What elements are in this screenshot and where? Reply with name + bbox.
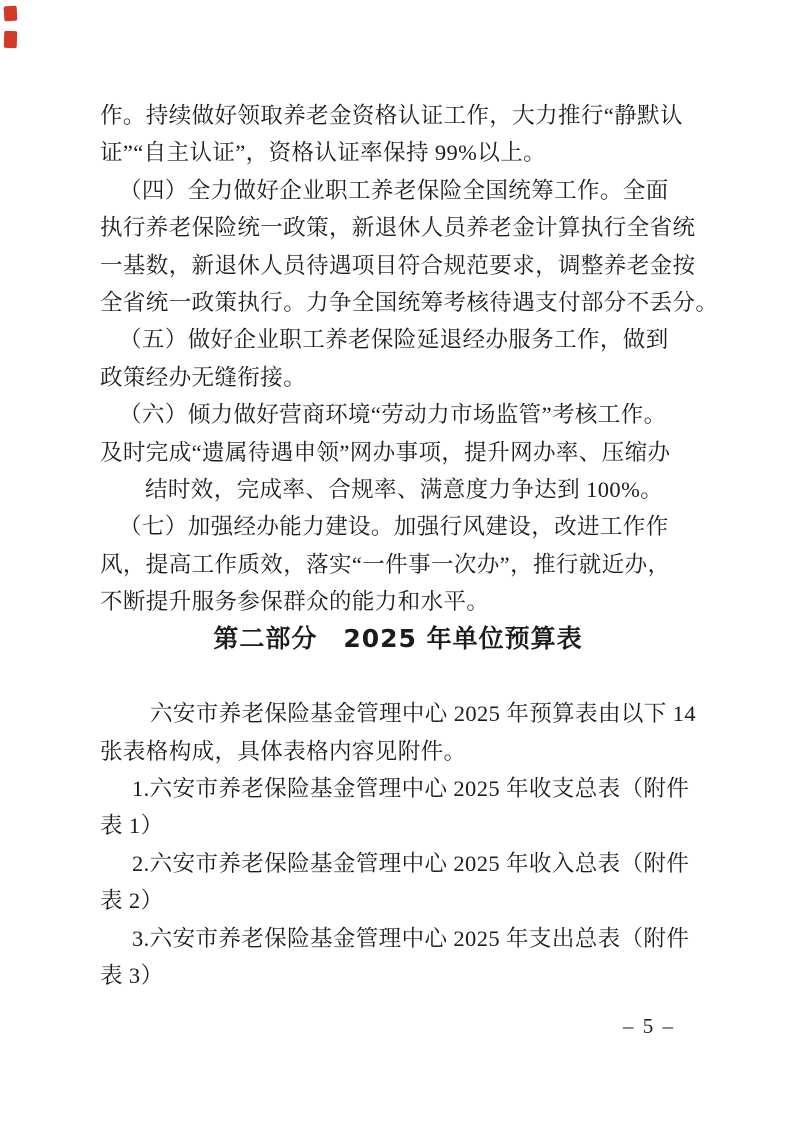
text-line: （六）倾力做好营商环境“劳动力市场监管”考核工作。 [100,396,696,433]
document-page: 作。持续做好领取养老金资格认证工作，大力推行“静默认证”“自主认证”，资格认证率… [0,0,793,1122]
text-line [100,658,696,695]
text-line: （四）全力做好企业职工养老保险全国统筹工作。全面 [100,172,696,209]
text-line: 一基数，新退休人员待遇项目符合规范要求，调整养老金按 [100,247,696,284]
red-mark-icon [4,31,18,48]
section-heading: 第二部分 2025 年单位预算表 [100,620,696,657]
text-line: 1.六安市养老保险基金管理中心 2025 年收支总表（附件 [100,770,696,807]
text-line: 政策经办无缝衔接。 [100,359,696,396]
red-mark-icon [4,6,18,22]
text-line: 3.六安市养老保险基金管理中心 2025 年支出总表（附件 [100,920,696,957]
text-line: 全省统一政策执行。力争全国统筹考核待遇支付部分不丢分。 [100,284,696,321]
text-line: 六安市养老保险基金管理中心 2025 年预算表由以下 14 [100,695,696,732]
text-line: 2.六安市养老保险基金管理中心 2025 年收入总表（附件 [100,845,696,882]
text-line: （七）加强经办能力建设。加强行风建设，改进工作作 [100,508,696,545]
page-number: – 5 – [623,1014,675,1039]
text-line: （五）做好企业职工养老保险延退经办服务工作，做到 [100,321,696,358]
text-line: 作。持续做好领取养老金资格认证工作，大力推行“静默认 [100,97,696,134]
text-line: 表 1） [100,807,696,844]
text-line: 不断提升服务参保群众的能力和水平。 [100,583,696,620]
text-line: 证”“自主认证”，资格认证率保持 99%以上。 [100,134,696,171]
text-line: 张表格构成，具体表格内容见附件。 [100,733,696,770]
text-line: 表 2） [100,882,696,919]
text-line: 执行养老保险统一政策，新退休人员养老金计算执行全省统 [100,209,696,246]
text-line: 风，提高工作质效，落实“一件事一次办”，推行就近办， [100,546,696,583]
document-body: 作。持续做好领取养老金资格认证工作，大力推行“静默认证”“自主认证”，资格认证率… [100,97,696,994]
text-line: 结时效，完成率、合规率、满意度力争达到 100%。 [100,471,696,508]
text-line: 表 3） [100,957,696,994]
text-line: 及时完成“遗属待遇申领”网办事项，提升网办率、压缩办 [100,434,696,471]
